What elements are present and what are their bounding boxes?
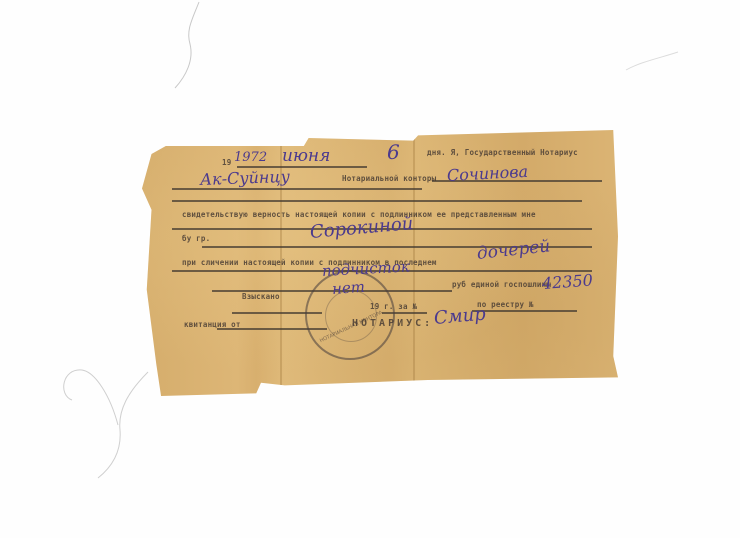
scanned-page: 19 дня. Я, Государственный Нотариус Нота… [0,0,740,538]
printed-line7-right: по реестру № [477,300,534,309]
handwritten-day: 6 [387,140,400,164]
printed-line1: дня. Я, Государственный Нотариус [427,148,578,157]
printed-line2: Нотариальной конторы [342,174,436,183]
handwritten-city: Ак-Суйнцу [200,167,290,189]
handwritten-remark-1: дочерей [476,236,551,264]
handwritten-signature: Смир [433,304,486,329]
rule-line [172,200,582,202]
rule-line [472,310,577,312]
handwritten-notary-name: Сочинова [447,162,529,185]
handwritten-remark-3: нет [331,278,365,298]
handwritten-register-number: 42350 [541,270,593,293]
certificate-paper: 19 дня. Я, Государственный Нотариус Нота… [142,130,618,396]
printed-line8: квитанция от [184,320,241,329]
printed-year-prefix: 19 [222,158,231,167]
printed-line6: руб единой госпошлины [452,280,551,289]
handwritten-remark-2: подчисток [322,257,411,280]
handwritten-year: 1972 [234,150,267,165]
printed-line4: бу гр. [182,234,210,243]
handwritten-month: июня [282,146,330,166]
printed-line7-left: Взыскано [242,292,280,301]
